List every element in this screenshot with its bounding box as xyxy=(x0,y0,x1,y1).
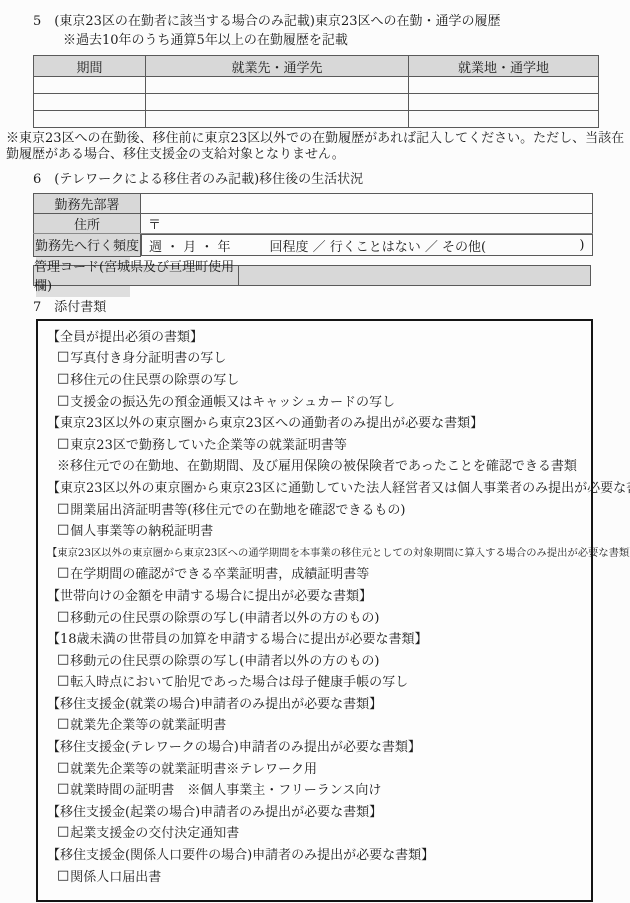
attachment-label: 就業先企業等の就業証明書※テレワーク用 xyxy=(70,758,317,777)
post-migration-table: 勤務先部署 住所 〒 勤務先へ行く頻度 週 ・ 月 ・ 年 回程度 ／ 行くこと… xyxy=(33,193,593,257)
attachment-group-header: 【東京23区以外の東京圏から東京23区への通勤者のみ提出が必要な書類】 xyxy=(47,411,585,433)
attachment-item[interactable]: □東京23区で勤務していた企業等の就業証明書等 xyxy=(57,432,585,454)
table-row xyxy=(34,94,599,111)
header-period: 期間 xyxy=(34,56,146,77)
header-worklocation: 就業地・通学地 xyxy=(409,56,599,77)
checkbox-icon[interactable]: □ xyxy=(57,436,69,451)
checkbox-icon[interactable]: □ xyxy=(57,868,69,883)
table-row: 勤務先へ行く頻度 週 ・ 月 ・ 年 回程度 ／ 行くことはない ／ その他( … xyxy=(34,234,593,257)
table-row: 住所 〒 xyxy=(34,214,593,234)
attachments-box: 【全員が提出必須の書類】□写真付き身分証明書の写し□移住元の住民票の除票の写し□… xyxy=(36,319,593,902)
table-row xyxy=(34,111,599,128)
history-cell-field[interactable] xyxy=(409,94,599,111)
history-cell-field[interactable] xyxy=(146,94,409,111)
department-field[interactable] xyxy=(141,194,593,214)
table-row: 勤務先部署 xyxy=(34,194,593,214)
form-page: 5 (東京23区の在勤者に該当する場合のみ記載)東京23区への在勤・通学の履歴 … xyxy=(0,0,630,903)
attachment-label: 起業支援金の交付決定通知書 xyxy=(70,822,239,841)
label-address: 住所 xyxy=(34,214,141,234)
checkbox-icon[interactable]: □ xyxy=(57,565,69,580)
checkbox-icon[interactable]: □ xyxy=(57,781,69,796)
checkbox-icon[interactable]: □ xyxy=(57,501,69,516)
attachment-group-header: 【移住支援金(起業の場合)申請者のみ提出が必要な書類】 xyxy=(47,800,585,822)
attachment-item[interactable]: □就業時間の証明書 ※個人事業主・フリーランス向け xyxy=(57,778,585,800)
history-cell-field[interactable] xyxy=(34,94,146,111)
commute-frequency-field[interactable]: 週 ・ 月 ・ 年 回程度 ／ 行くことはない ／ その他( ) xyxy=(141,234,593,256)
attachment-group-header: 【移住支援金(就業の場合)申請者のみ提出が必要な書類】 xyxy=(47,692,585,714)
attachment-item[interactable]: □開業届出済証明書等(移住元での在勤地を確認できるもの) xyxy=(57,497,585,519)
attachment-label: 開業届出済証明書等(移住元での在勤地を確認できるもの) xyxy=(70,499,405,518)
table-header-row: 期間 就業先・通学先 就業地・通学地 xyxy=(34,56,599,77)
address-field[interactable]: 〒 xyxy=(141,214,593,234)
admin-code-row: 管理コード(宮城県及び亘理町使用欄) xyxy=(33,265,591,286)
attachment-item[interactable]: □支援金の振込先の預金通帳又はキャッシュカードの写し xyxy=(57,389,585,411)
attachment-group-header: 【全員が提出必須の書類】 xyxy=(47,325,585,347)
history-cell-field[interactable] xyxy=(409,111,599,128)
checkbox-icon[interactable]: □ xyxy=(57,673,69,688)
attachment-label: 関係人口届出書 xyxy=(70,866,161,885)
attachment-label: 在学期間の確認ができる卒業証明書，成績証明書等 xyxy=(70,563,369,582)
attachments-list: 【全員が提出必須の書類】□写真付き身分証明書の写し□移住元の住民票の除票の写し□… xyxy=(44,325,585,886)
attachment-label: 転入時点において胎児であった場合は母子健康手帳の写し xyxy=(70,671,408,690)
admin-code-section: 管理コード(宮城県及び亘理町使用欄) xyxy=(33,257,593,297)
attachment-group-header: 【東京23区以外の東京圏から東京23区に通勤していた法人経営者又は個人事業者のみ… xyxy=(47,476,585,498)
frequency-options: 週 ・ 月 ・ 年 回程度 ／ 行くことはない ／ その他( xyxy=(149,236,579,255)
attachment-item[interactable]: □写真付き身分証明書の写し xyxy=(57,346,585,368)
attachment-group-header: 【18歳未満の世帯員の加算を申請する場合に提出が必要な書類】 xyxy=(47,627,585,649)
attachment-label: 移住元の住民票の除票の写し xyxy=(70,369,239,388)
attachment-item[interactable]: □移動元の住民票の除票の写し(申請者以外の方のもの) xyxy=(57,648,585,670)
attachment-label: 個人事業等の納税証明書 xyxy=(70,520,213,539)
checkbox-icon[interactable]: □ xyxy=(57,716,69,731)
checkbox-icon[interactable]: □ xyxy=(57,760,69,775)
admin-code-field[interactable] xyxy=(239,266,590,285)
attachment-label: 移動元の住民票の除票の写し(申請者以外の方のもの) xyxy=(70,607,379,626)
attachment-label: 就業先企業等の就業証明書 xyxy=(70,714,226,733)
section7-heading: 7 添付書類 xyxy=(33,300,630,315)
attachment-group-header: 【世帯向けの金額を申請する場合に提出が必要な書類】 xyxy=(47,584,585,606)
label-commute-frequency: 勤務先へ行く頻度 xyxy=(34,234,141,257)
history-cell-field[interactable] xyxy=(34,111,146,128)
section5-heading: 5 (東京23区の在勤者に該当する場合のみ記載)東京23区への在勤・通学の履歴 xyxy=(33,14,630,29)
attachment-item[interactable]: □就業先企業等の就業証明書 xyxy=(57,713,585,735)
attachment-item[interactable]: □移住元の住民票の除票の写し xyxy=(57,368,585,390)
commute-history-table: 期間 就業先・通学先 就業地・通学地 xyxy=(33,55,599,128)
attachment-item[interactable]: □起業支援金の交付決定通知書 xyxy=(57,821,585,843)
history-cell-field[interactable] xyxy=(34,77,146,94)
label-department: 勤務先部署 xyxy=(34,194,141,214)
attachment-item[interactable]: □個人事業等の納税証明書 xyxy=(57,519,585,541)
checkbox-icon[interactable]: □ xyxy=(57,393,69,408)
attachment-item[interactable]: □関係人口届出書 xyxy=(57,864,585,886)
attachment-label: 東京23区で勤務していた企業等の就業証明書等 xyxy=(70,434,347,453)
checkbox-icon[interactable]: □ xyxy=(57,522,69,537)
attachment-note: ※移住元での在勤地、在勤期間、及び雇用保険の被保険者であったことを確認できる書類 xyxy=(57,454,585,476)
attachment-item[interactable]: □移動元の住民票の除票の写し(申請者以外の方のもの) xyxy=(57,605,585,627)
attachment-item[interactable]: □就業先企業等の就業証明書※テレワーク用 xyxy=(57,756,585,778)
history-cell-field[interactable] xyxy=(409,77,599,94)
attachment-item[interactable]: □転入時点において胎児であった場合は母子健康手帳の写し xyxy=(57,670,585,692)
checkbox-icon[interactable]: □ xyxy=(57,349,69,364)
history-table-body xyxy=(34,77,599,128)
history-cell-field[interactable] xyxy=(146,111,409,128)
attachment-group-header: 【東京23区以外の東京圏から東京23区への通学期間を本事業の移住元としての対象期… xyxy=(47,540,585,562)
checkbox-icon[interactable]: □ xyxy=(57,371,69,386)
frequency-paren-close: ) xyxy=(579,238,584,253)
header-workplace: 就業先・通学先 xyxy=(146,56,409,77)
attachment-label: 支援金の振込先の預金通帳又はキャッシュカードの写し xyxy=(70,391,395,410)
attachment-group-header: 【移住支援金(関係人口要件の場合)申請者のみ提出が必要な書類】 xyxy=(47,843,585,865)
attachment-group-header: 【移住支援金(テレワークの場合)申請者のみ提出が必要な書類】 xyxy=(47,735,585,757)
attachment-label: 移動元の住民票の除票の写し(申請者以外の方のもの) xyxy=(70,650,379,669)
history-cell-field[interactable] xyxy=(146,77,409,94)
admin-code-label: 管理コード(宮城県及び亘理町使用欄) xyxy=(34,266,239,285)
attachment-item[interactable]: □在学期間の確認ができる卒業証明書，成績証明書等 xyxy=(57,562,585,584)
attachment-label: 写真付き身分証明書の写し xyxy=(70,347,226,366)
checkbox-icon[interactable]: □ xyxy=(57,652,69,667)
attachment-label: 就業時間の証明書 ※個人事業主・フリーランス向け xyxy=(70,779,381,798)
section5-note: ※東京23区への在勤後、移住前に東京23区以外での在勤履歴があれば記入してくださ… xyxy=(6,131,626,162)
checkbox-icon[interactable]: □ xyxy=(57,609,69,624)
checkbox-icon[interactable]: □ xyxy=(57,824,69,839)
table-row xyxy=(34,77,599,94)
section5-subnote: ※過去10年のうち通算5年以上の在勤履歴を記載 xyxy=(63,33,630,48)
section6-heading: 6 (テレワークによる移住者のみ記載)移住後の生活状況 xyxy=(33,172,630,187)
